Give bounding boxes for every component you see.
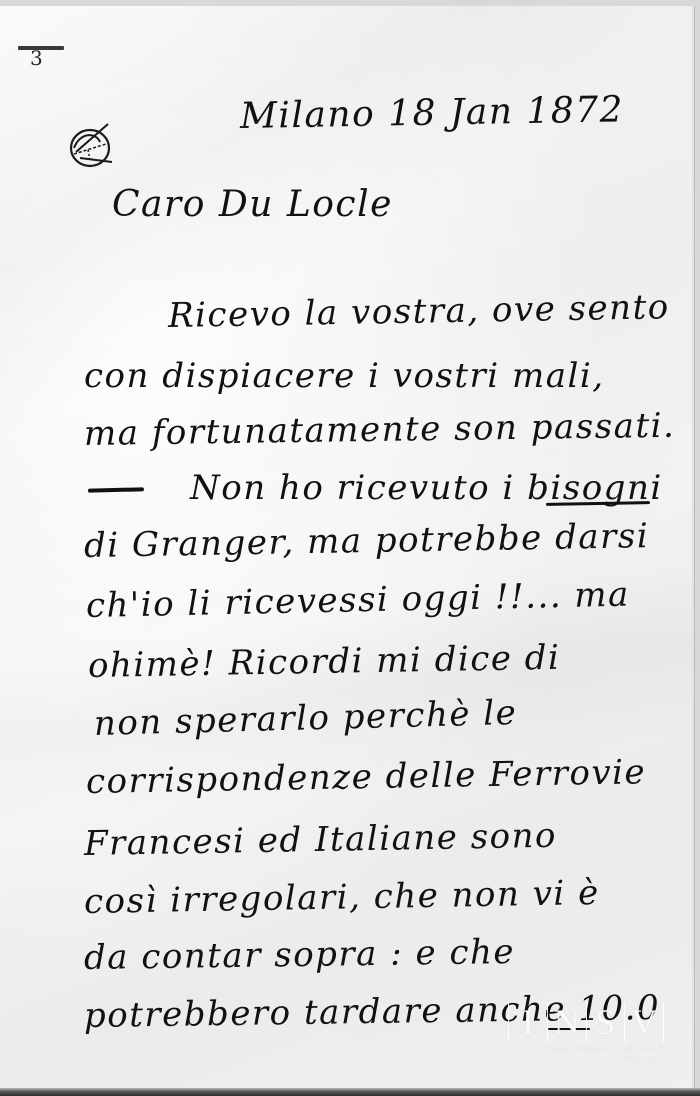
watermark-letter: I [509,1002,548,1042]
insv-watermark: I N S V Istituto Nazionale di Studi Verd… [508,1002,664,1064]
scanned-letter-page: 3 Milano 18 Jan 1872 Caro Du Locle Ricev… [0,0,700,1096]
letter-place-date: Milano 18 Jan 1872 [240,89,625,137]
letter-salutation: Caro Du Locle [112,184,393,225]
paper-sheet: 3 Milano 18 Jan 1872 Caro Du Locle Ricev… [0,6,694,1088]
letter-line: con dispiacere i vostri mali, [84,356,605,396]
folio-number-mark: 3 [18,42,66,82]
watermark-letter: V [625,1002,663,1042]
watermark-caption-institute: Istituto Nazionale di Studi Verdiani [508,1044,662,1054]
letter-line: così irregolari, che non vi è [84,873,600,922]
letter-line: ma fortunatamente son passati. [84,406,676,454]
letter-line: di Granger, ma potrebbe darsi [84,516,650,566]
letter-line: ohimè! Ricordi mi dice di [88,638,561,686]
paragraph-dash [88,487,144,492]
letter-line: non sperarlo perchè le [93,693,517,744]
watermark-letter: S [587,1002,626,1042]
scan-bottom-edge [0,1088,700,1096]
watermark-letter: N [548,1002,587,1042]
watermark-caption: Istituto Nazionale di Studi Verdiani Fon… [508,1044,664,1064]
letter-line: Francesi ed Italiane sono [84,816,558,864]
watermark-logo: I N S V [508,1002,664,1042]
watermark-caption-foundation: Fondazione [508,1054,662,1064]
letter-line: da contar sopra : e che [84,932,516,978]
letter-line: Ricevo la vostra, ove sento [168,287,670,336]
letter-line: ch'io li ricevessi oggi !!... ma [86,575,631,626]
letter-line: corrispondenze delle Ferrovie [86,752,647,802]
folio-number: 3 [30,48,43,68]
monogram-stamp-icon [66,118,120,172]
